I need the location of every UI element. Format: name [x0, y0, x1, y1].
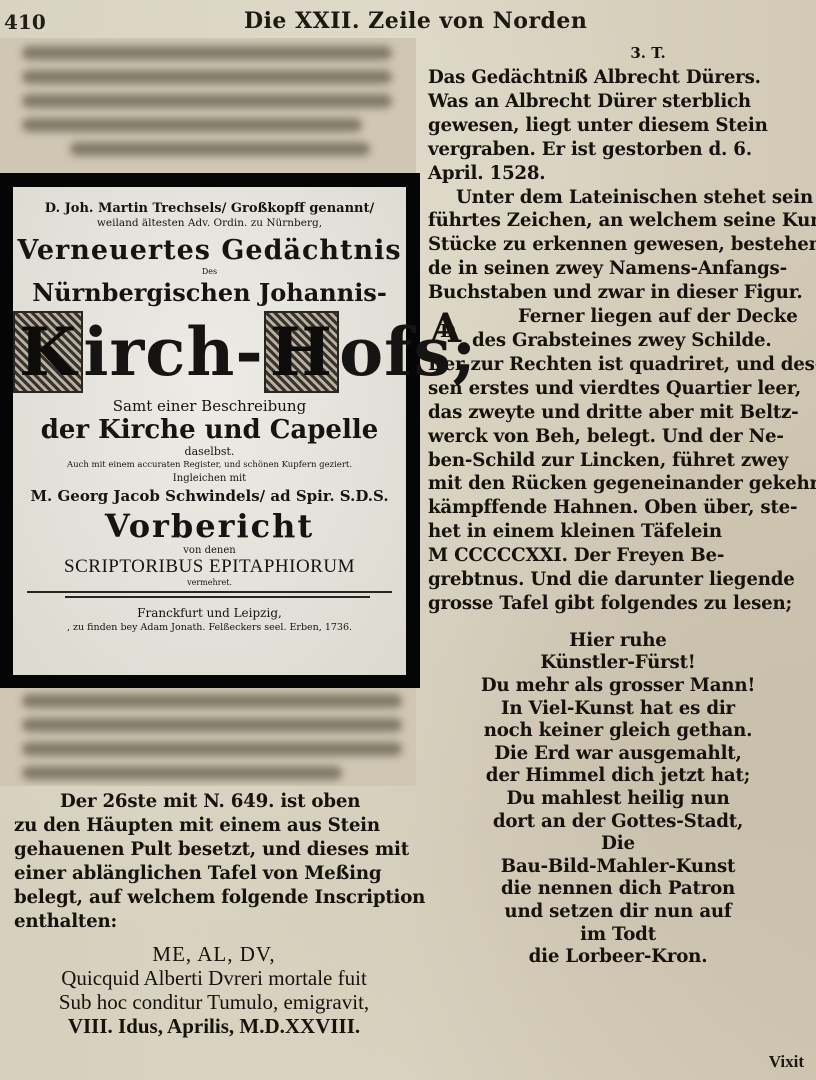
text-line: belegt, auf welchem folgende Inscription	[14, 886, 414, 910]
text-line: gehauenen Pult besetzt, und dieses mit	[14, 838, 414, 862]
ornamental-initial-h: H	[264, 311, 339, 393]
title-page-title-line3: Kirch-Hofs;	[13, 311, 406, 393]
poem-line: Künstler-Fürst!	[428, 652, 808, 675]
inset-title-page-image: D. Joh. Martin Trechsels/ Großkopff gena…	[0, 173, 420, 688]
text-line: enthalten:	[14, 910, 414, 934]
title-page-register: Auch mit einem accuraten Register, und s…	[13, 460, 406, 470]
text-line: Das Gedächtniß Albrecht Dürers.	[428, 66, 808, 90]
catchword: Vixit	[769, 1052, 804, 1072]
text-line: führtes Zeichen, an welchem seine Kunst-	[428, 209, 808, 233]
text-line: Was an Albrecht Dürer sterblich	[428, 90, 808, 114]
blurred-text-top	[0, 38, 416, 173]
title-page-vermehret: vermehret.	[13, 578, 406, 587]
text-line: M CCCCCXXI. Der Freyen Be-	[428, 544, 808, 568]
blurred-text-bottom	[0, 688, 416, 786]
epitaph-poem: Hier ruhe Künstler-Fürst! Du mehr als gr…	[428, 630, 808, 969]
inscription-line: ME, AL, DV,	[14, 942, 414, 966]
text-line: sen erstes und vierdtes Quartier leer,	[428, 377, 808, 401]
poem-line: Die Erd war ausgemahlt,	[428, 743, 808, 766]
poem-line: In Viel-Kunst hat es dir	[428, 698, 808, 721]
text-line: werck von Beh, belegt. Und der Ne-	[428, 425, 808, 449]
text-line: gewesen, liegt unter diesem Stein	[428, 114, 808, 138]
poem-line: die Lorbeer-Kron.	[428, 946, 808, 969]
running-head-title: Die XXII. Zeile von Norden	[244, 8, 587, 34]
text-line: des Grabsteines zwey Schilde.	[428, 329, 808, 353]
title-page-georg: M. Georg Jacob Schwindels/ ad Spir. S.D.…	[13, 487, 406, 505]
text-line: Unter dem Lateinischen stehet sein ge-	[428, 186, 808, 210]
text-line: Der 26ste mit N. 649. ist oben	[14, 790, 414, 814]
title-page-scriptoribus: SCRIPTORIBUS EPITAPHIORUM	[13, 556, 406, 578]
inscription-line: Sub hoc conditur Tumulo, emigravit,	[14, 990, 414, 1014]
inscription-line: Quicquid Alberti Dvreri mortale fuit	[14, 966, 414, 990]
poem-line: und setzen dir nun auf	[428, 901, 808, 924]
paragraph-shields: A D Ferner liegen auf der Decke des Grab…	[428, 305, 808, 616]
ornamental-initial-k: K	[13, 311, 83, 393]
poem-line: im Todt	[428, 924, 808, 947]
text-line: kämpffende Hahnen. Oben über, ste-	[428, 496, 808, 520]
left-column-text: Der 26ste mit N. 649. ist oben zu den Hä…	[14, 790, 414, 1038]
poem-line: die nennen dich Patron	[428, 878, 808, 901]
poem-line: Hier ruhe	[428, 630, 808, 653]
poem-line: noch keiner gleich gethan.	[428, 720, 808, 743]
poem-line: der Himmel dich jetzt hat;	[428, 765, 808, 788]
title-page: D. Joh. Martin Trechsels/ Großkopff gena…	[13, 187, 406, 675]
section-mark: 3. T.	[488, 44, 808, 66]
poem-line: Die	[428, 833, 808, 856]
page-number: 410	[4, 10, 46, 34]
text-line: Buchstaben und zwar in dieser Figur.	[428, 281, 808, 305]
title-page-author-role: weiland ältesten Adv. Ordin. zu Nürnberg…	[13, 217, 406, 229]
title-page-von-denen: von denen	[13, 545, 406, 556]
latin-inscription: ME, AL, DV, Quicquid Alberti Dvreri mort…	[14, 942, 414, 1038]
poem-line: Du mehr als grosser Mann!	[428, 675, 808, 698]
text-line: Ferner liegen auf der Decke	[428, 305, 808, 329]
text-line: grebtnus. Und die darunter liegende	[428, 568, 808, 592]
title-page-daselbst: daselbst.	[13, 445, 406, 458]
title-page-kirche: der Kirche und Capelle	[13, 415, 406, 445]
poem-line: Du mahlest heilig nun	[428, 788, 808, 811]
poem-line: Bau-Bild-Mahler-Kunst	[428, 856, 808, 879]
title-page-ingleichen: Ingleichen mit	[13, 473, 406, 484]
title-page-des: Des	[13, 267, 406, 276]
title-page-printer: , zu finden bey Adam Jonath. Felßeckers …	[13, 622, 406, 633]
text-line: April. 1528.	[428, 162, 808, 186]
paragraph-durer-memorial: Das Gedächtniß Albrecht Dürers. Was an A…	[428, 66, 808, 186]
text-line: het in einem kleinen Täfelein	[428, 520, 808, 544]
text-line: ben-Schild zur Lincken, führet zwey	[428, 449, 808, 473]
text-line: einer ablänglichen Tafel von Meßing	[14, 862, 414, 886]
running-head: 410 Die XXII. Zeile von Norden	[0, 4, 816, 38]
title-page-title-line1: Verneuertes Gedächtnis	[13, 235, 406, 266]
poem-line: dort an der Gottes-Stadt,	[428, 811, 808, 834]
title-page-title-line2: Nürnbergischen Johannis-	[13, 278, 406, 307]
right-column-text: 3. T. Das Gedächtniß Albrecht Dürers. Wa…	[428, 44, 808, 969]
title-page-samt: Samt einer Beschreibung	[13, 397, 406, 415]
text-line: vergraben. Er ist gestorben d. 6.	[428, 138, 808, 162]
text-line: zu den Häupten mit einem aus Stein	[14, 814, 414, 838]
text-line: grosse Tafel gibt folgendes zu lesen;	[428, 592, 808, 616]
book-page: 410 Die XXII. Zeile von Norden D. Joh. M…	[0, 0, 816, 1080]
text-line: Der zur Rechten ist quadriret, und des-	[428, 353, 808, 377]
text-line: mit den Rücken gegeneinander gekehrte	[428, 472, 808, 496]
text-line: de in seinen zwey Namens-Anfangs-	[428, 257, 808, 281]
durer-monogram-icon: A D	[430, 309, 466, 349]
title-page-author: D. Joh. Martin Trechsels/ Großkopff gena…	[13, 201, 406, 216]
paragraph-sign: Unter dem Lateinischen stehet sein ge- f…	[428, 186, 808, 306]
title-page-vorbericht: Vorbericht	[13, 507, 406, 545]
title-page-rule	[65, 596, 370, 598]
text-line: das zweyte und dritte aber mit Beltz-	[428, 401, 808, 425]
title-page-rule	[27, 591, 392, 593]
text-line: Stücke zu erkennen gewesen, bestehen-	[428, 233, 808, 257]
inscription-line: VIII. Idus, Aprilis, M.D.XXVIII.	[14, 1014, 414, 1038]
title-page-city: Franckfurt und Leipzig,	[13, 606, 406, 620]
